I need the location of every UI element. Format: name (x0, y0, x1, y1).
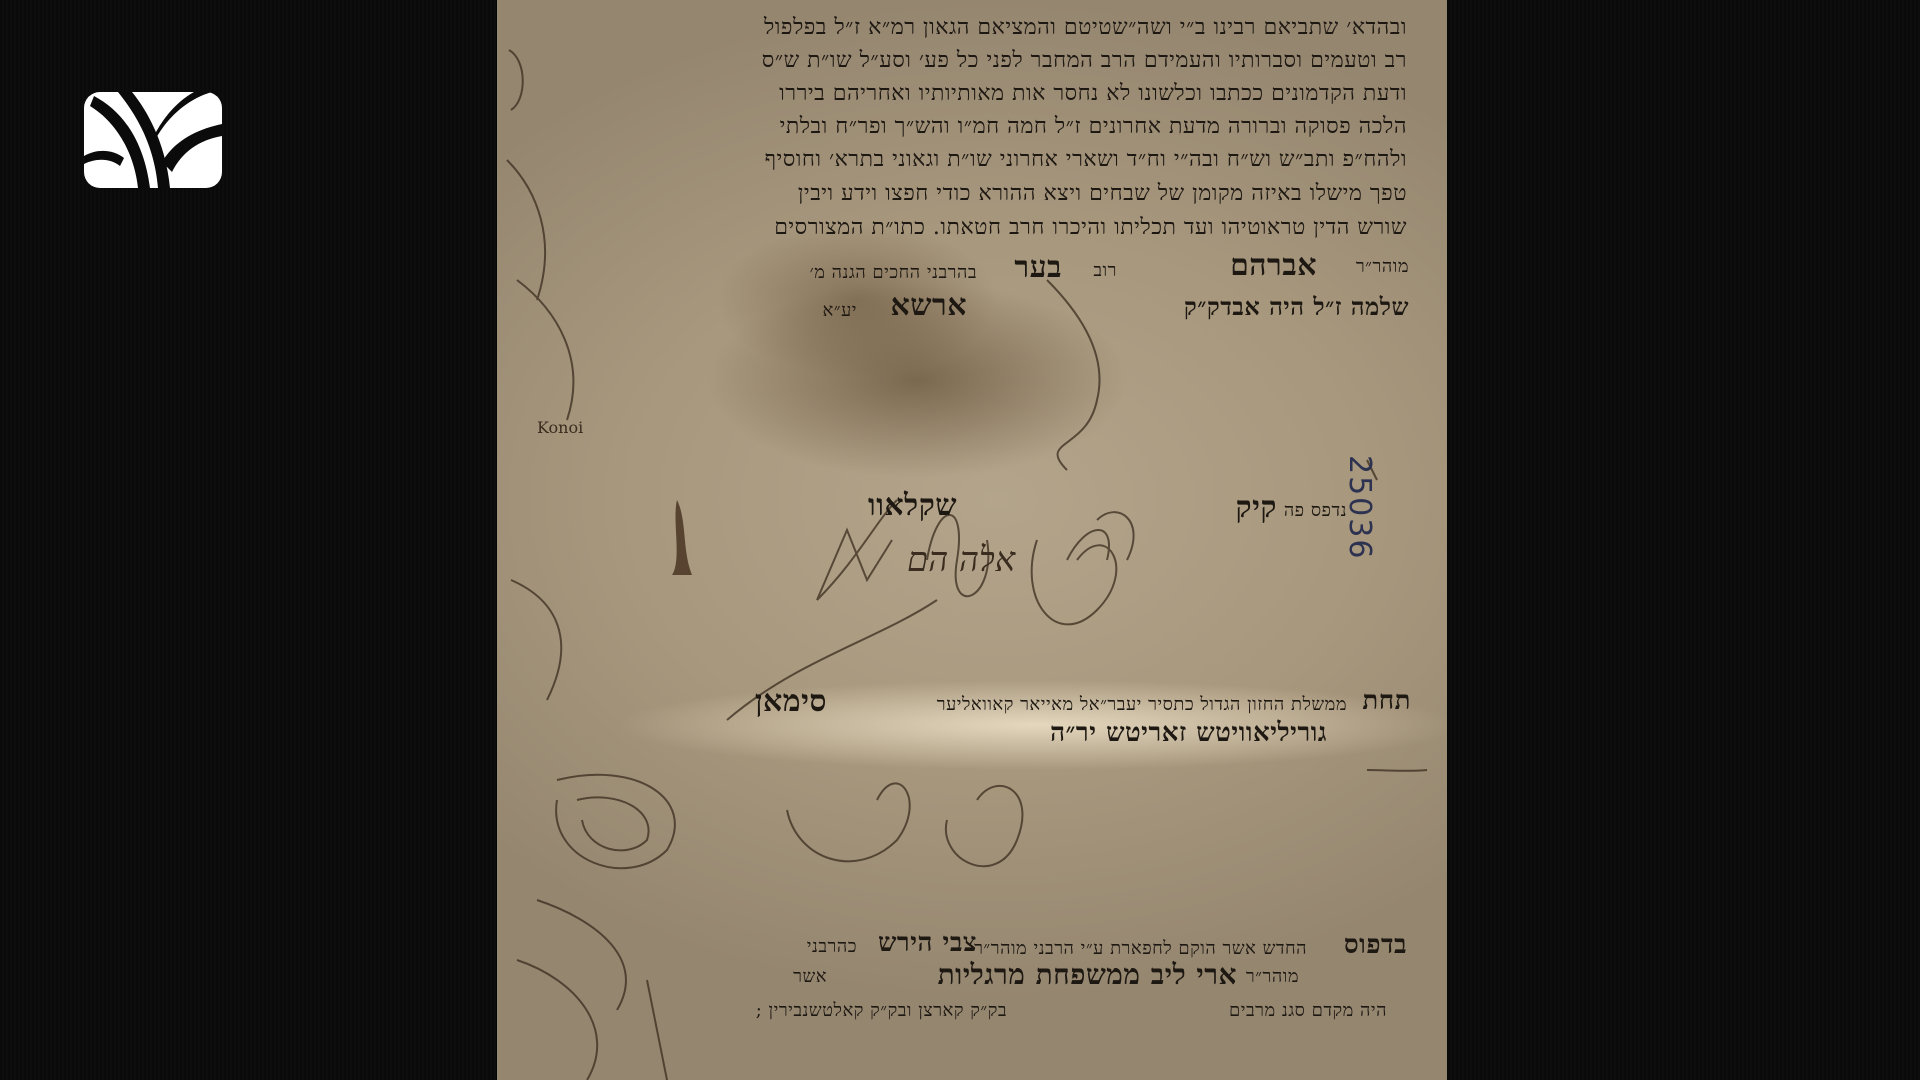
margin-note: Konoi (537, 418, 583, 437)
city-suffix: יע״א (822, 300, 857, 321)
print-city: שקלאוו (868, 488, 957, 523)
author-name-2: בער (1014, 250, 1062, 285)
document-page: ובהדא׳ שתביאם רבינו ב״י ושה״שטיטם והמציא… (497, 0, 1447, 1080)
handwritten-signature: אלה הם (907, 540, 1015, 580)
text-line: ולהח״פ ותב״ש וש״ח ובה״י וח״ד ושארי אחרונ… (765, 146, 1407, 172)
bottom-mid: החדש אשר הוקם לחפארת ע״י הרבני מוהר״ר (974, 938, 1307, 959)
print-prefix: נדפס פה (1284, 500, 1347, 521)
author-left: בהרבני החכים הגנה מ׳ (810, 262, 977, 283)
video-frame: ובהדא׳ שתביאם רבינו ב״י ושה״שטיטם והמציא… (0, 0, 1920, 1080)
bottom-line3-right: היה מקדם סגנ מרבים (1229, 1000, 1387, 1021)
bottom-name: צבי הירש (878, 928, 977, 958)
text-line: שורש הדין טראוטיהו ועד תכליתו והיכרו חרב… (774, 214, 1407, 240)
author-mid: רוב (1093, 260, 1117, 281)
middle-line2: גוריליאוויטש זאריטש יר״ה (1050, 718, 1327, 748)
text-line: רב וטעמים וסברותיו והעמידם הרב המחבר לפנ… (762, 47, 1407, 73)
middle-name: סימאן (755, 684, 827, 719)
author-name: אברהם (1230, 248, 1317, 283)
shelf-number: 25036 (1342, 455, 1377, 560)
author-line2: שלמה ז״ל היה אבדק״ק (1184, 292, 1409, 322)
text-line: טפך מישלו באיזה מקומן של שבחים ויצא ההור… (798, 180, 1407, 206)
bottom-right: בדפוס (1344, 930, 1407, 960)
bottom-line3-left: בק״ק קארצן ובק״ק קאלטשנבירין ; (756, 1000, 1007, 1021)
bottom-line2-left: אשר (793, 966, 827, 987)
city-name: ארשא (890, 288, 967, 323)
brand-logo-icon (84, 92, 222, 188)
middle-right: תחת (1362, 686, 1411, 716)
print-word: קיק (1236, 490, 1277, 525)
author-title: מוהר״ר (1356, 256, 1409, 277)
text-line: ודעת הקדמונים ככתבו וכלשונו לא נחסר אות … (779, 80, 1407, 106)
bottom-line2-name: ארי ליב ממשפחת מרגליות (938, 958, 1237, 992)
bottom-line2-right: מוהר״ר (1246, 966, 1299, 987)
text-line: ובהדא׳ שתביאם רבינו ב״י ושה״שטיטם והמציא… (764, 14, 1407, 40)
middle-mid: ממשלת החזון הגדול כתסיר יעבר״אל מאייאר ק… (937, 694, 1347, 715)
text-line: הלכה פסוקה וברורה מדעת אחרונים ז״ל חמה ח… (780, 113, 1407, 139)
brand-logo (84, 92, 222, 188)
bottom-left: כהרבני (807, 936, 857, 957)
